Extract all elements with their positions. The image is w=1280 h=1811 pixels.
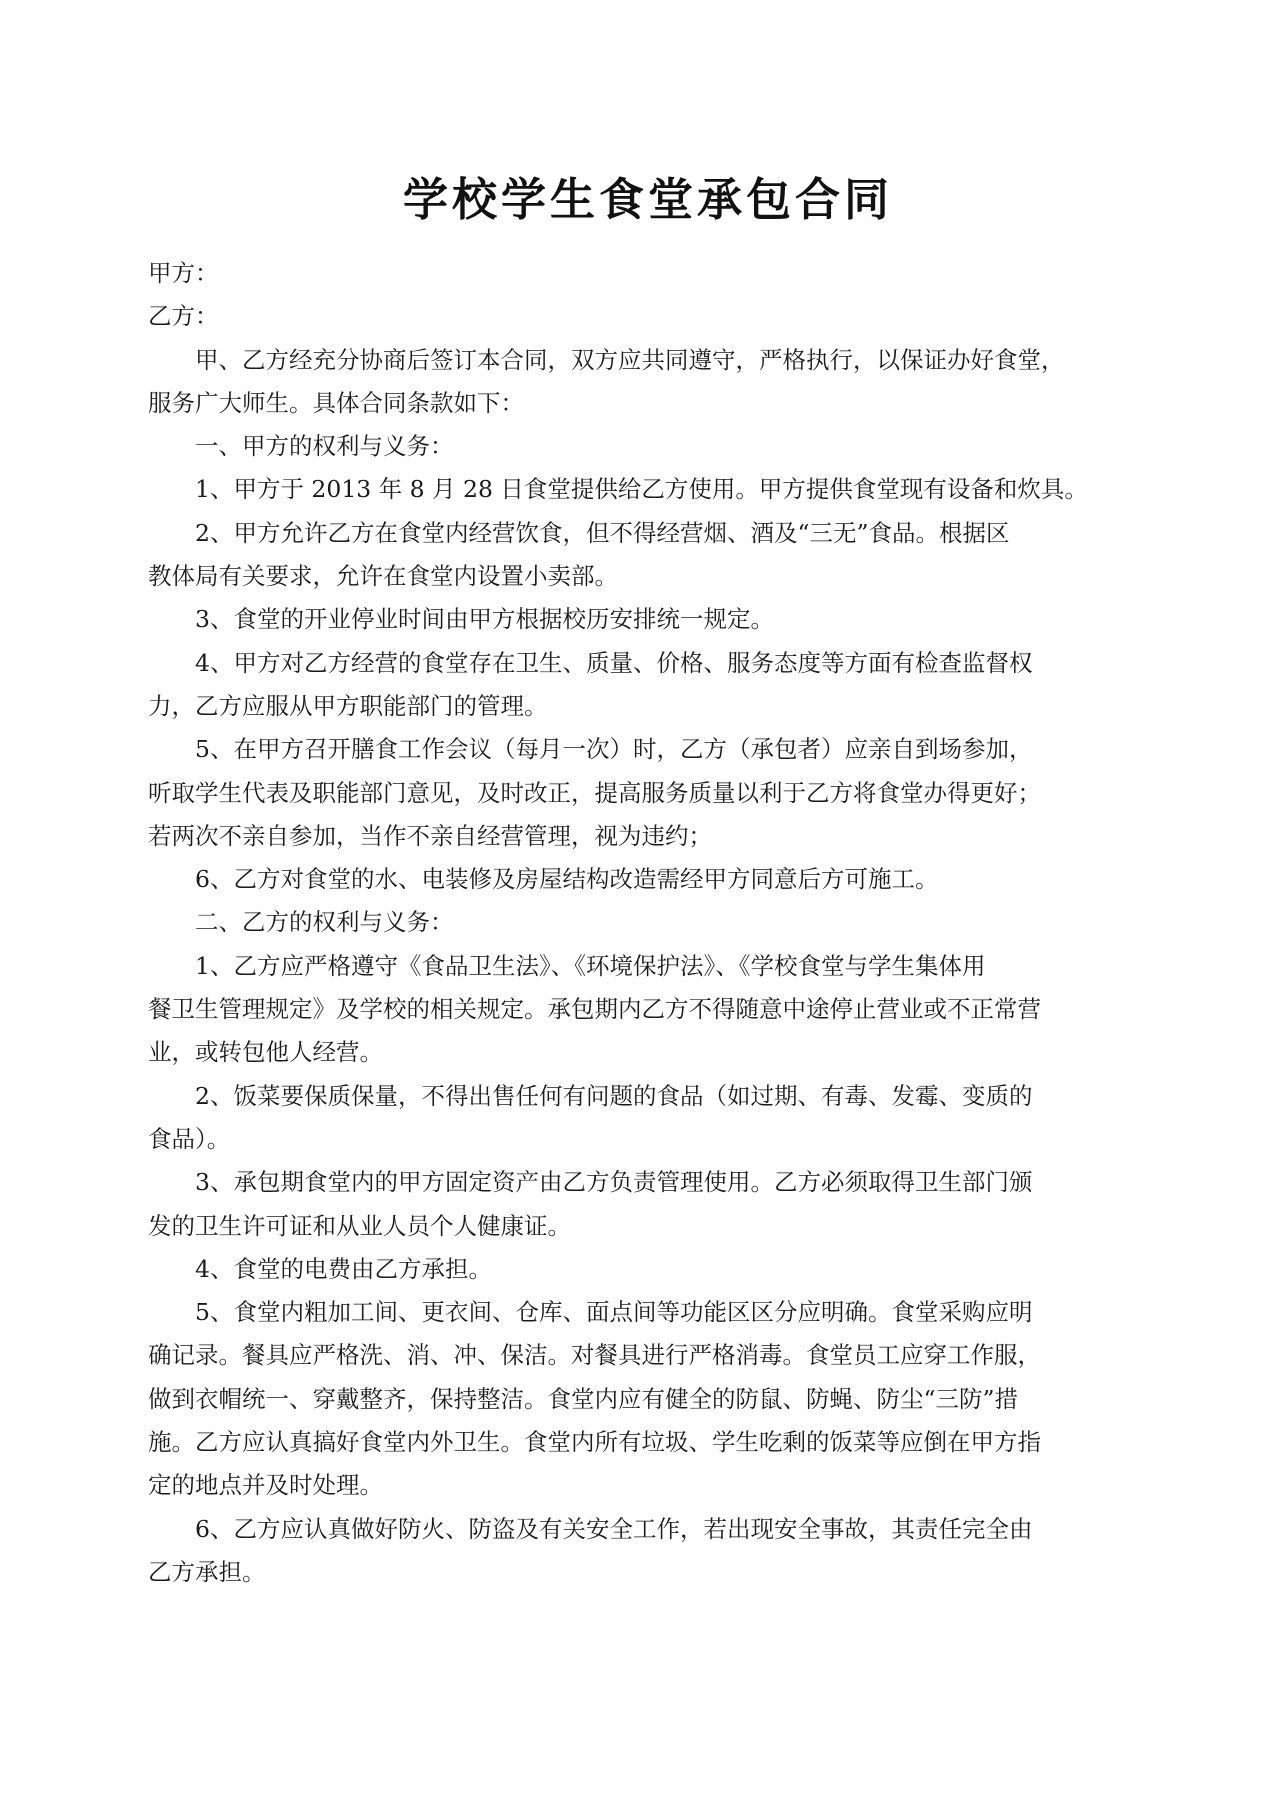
intro-line: 服务广大师生。具体合同条款如下： (148, 382, 1133, 425)
clause-line: 教体局有关要求，允许在食堂内设置小卖部。 (148, 555, 1133, 598)
clause-line: 定的地点并及时处理。 (148, 1464, 1133, 1507)
clause-line: 确记录。餐具应严格洗、消、冲、保洁。对餐具进行严格消毒。食堂员工应穿工作服， (148, 1334, 1133, 1377)
clause-line: 3、承包期食堂内的甲方固定资产由乙方负责管理使用。乙方必须取得卫生部门颁 (148, 1161, 1133, 1204)
clause-line: 3、食堂的开业停业时间由甲方根据校历安排统一规定。 (148, 598, 1133, 641)
intro-line: 甲、乙方经充分协商后签订本合同，双方应共同遵守，严格执行，以保证办好食堂， (148, 339, 1133, 382)
clause-line: 5、食堂内粗加工间、更衣间、仓库、面点间等功能区区分应明确。食堂采购应明 (148, 1291, 1133, 1334)
clause-line: 5、在甲方召开膳食工作会议（每月一次）时，乙方（承包者）应亲自到场参加， (148, 728, 1133, 771)
clause-line: 做到衣帽统一、穿戴整齐，保持整洁。食堂内应有健全的防鼠、防蝇、防尘“三防”措 (148, 1378, 1133, 1421)
clause-line: 1、乙方应严格遵守《食品卫生法》、《环境保护法》、《学校食堂与学生集体用 (148, 945, 1133, 988)
clause-line: 听取学生代表及职能部门意见，及时改正，提高服务质量以利于乙方将食堂办得更好； (148, 772, 1133, 815)
clause-line: 4、甲方对乙方经营的食堂存在卫生、质量、价格、服务态度等方面有检查监督权 (148, 642, 1133, 685)
clause-line: 2、甲方允许乙方在食堂内经营饮食，但不得经营烟、酒及“三无”食品。根据区 (148, 512, 1133, 555)
clause-line: 乙方承担。 (148, 1551, 1133, 1594)
section-heading-party-a: 一、甲方的权利与义务： (148, 425, 1133, 468)
document-body: 甲方： 乙方： 甲、乙方经充分协商后签订本合同，双方应共同遵守，严格执行，以保证… (148, 252, 1133, 1594)
party-a-label: 甲方： (148, 252, 1133, 295)
document-title: 学校学生食堂承包合同 (148, 170, 1148, 230)
party-b-label: 乙方： (148, 295, 1133, 338)
clause-line: 食品）。 (148, 1118, 1133, 1161)
section-heading-party-b: 二、乙方的权利与义务： (148, 901, 1133, 944)
clause-line: 餐卫生管理规定》及学校的相关规定。承包期内乙方不得随意中途停止营业或不正常营 (148, 988, 1133, 1031)
clause-line: 2、饭菜要保质保量，不得出售任何有问题的食品（如过期、有毒、发霉、变质的 (148, 1075, 1133, 1118)
clause-line: 力，乙方应服从甲方职能部门的管理。 (148, 685, 1133, 728)
clause-line: 施。乙方应认真搞好食堂内外卫生。食堂内所有垃圾、学生吃剩的饭菜等应倒在甲方指 (148, 1421, 1133, 1464)
clause-line: 6、乙方应认真做好防火、防盗及有关安全工作，若出现安全事故，其责任完全由 (148, 1508, 1133, 1551)
clause-line: 6、乙方对食堂的水、电装修及房屋结构改造需经甲方同意后方可施工。 (148, 858, 1133, 901)
clause-line: 1、甲方于 2013 年 8 月 28 日食堂提供给乙方使用。甲方提供食堂现有设… (148, 468, 1133, 511)
clause-line: 4、食堂的电费由乙方承担。 (148, 1248, 1133, 1291)
clause-line: 若两次不亲自参加，当作不亲自经营管理，视为违约； (148, 815, 1133, 858)
clause-line: 发的卫生许可证和从业人员个人健康证。 (148, 1205, 1133, 1248)
clause-line: 业，或转包他人经营。 (148, 1031, 1133, 1074)
